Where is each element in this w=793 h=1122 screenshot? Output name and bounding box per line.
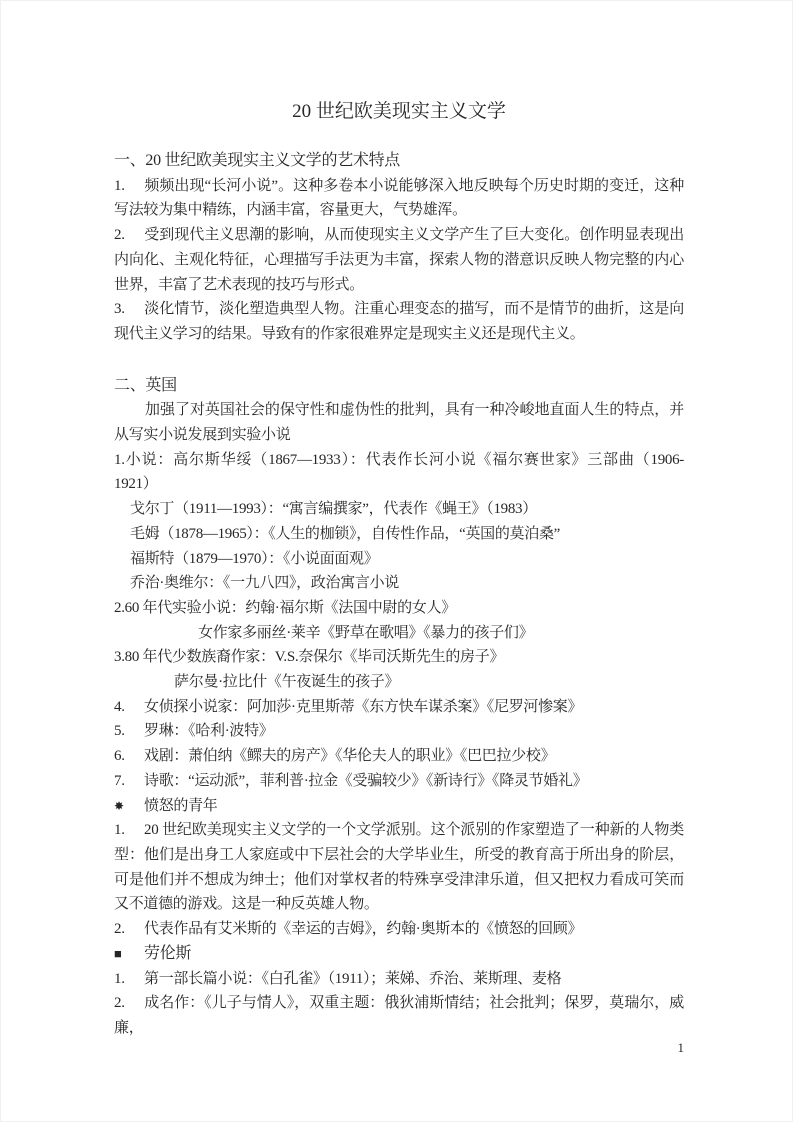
square-bullet-icon: ■ xyxy=(114,942,144,967)
item-text: 诗歌：“运动派”，菲利普·拉金《受骗较少》《新诗行》《降灵节婚礼》 xyxy=(144,773,587,789)
paragraph: 2.60 年代实验小说：约翰·福尔斯《法国中尉的女人》 xyxy=(114,596,684,621)
sub-item: 萨尔曼·拉比什《午夜诞生的孩子》 xyxy=(114,670,684,695)
numbered-item: 7.诗歌：“运动派”，菲利普·拉金《受骗较少》《新诗行》《降灵节婚礼》 xyxy=(114,769,684,794)
paragraph: 1.小说：高尔斯华绥（1867—1933）：代表作长河小说《福尔赛世家》三部曲（… xyxy=(114,448,684,497)
list-marker: 5. xyxy=(114,719,144,744)
numbered-item: 6.戏剧：萧伯纳《鳏夫的房产》《华伦夫人的职业》《巴巴拉少校》 xyxy=(114,744,684,769)
list-marker: 1. xyxy=(114,174,144,199)
list-marker: 2. xyxy=(114,991,144,1016)
star-bullet-item: ✸愤怒的青年 xyxy=(114,794,684,819)
list-marker: 2. xyxy=(114,917,144,942)
section-heading-2: 二、英国 xyxy=(114,374,684,399)
paragraph: 加强了对英国社会的保守性和虚伪性的批判，具有一种冷峻地直面人生的特点，并从写实小… xyxy=(114,398,684,447)
list-marker: 3. xyxy=(114,297,144,322)
list-marker: 1. xyxy=(114,967,144,992)
sub-item: 福斯特（1879—1970）：《小说面面观》 xyxy=(114,547,684,572)
list-marker: 6. xyxy=(114,744,144,769)
item-text: 女侦探小说家：阿加莎·克里斯蒂《东方快车谋杀案》《尼罗河惨案》 xyxy=(144,699,582,715)
item-text: 受到现代主义思潮的影响，从而使现实主义文学产生了巨大变化。创作明显表现出内向化、… xyxy=(114,227,684,292)
list-marker: 7. xyxy=(114,769,144,794)
document-page: 20 世纪欧美现实主义文学 一、20 世纪欧美现实主义文学的艺术特点 1.频频出… xyxy=(0,0,793,1122)
sub-item: 毛姆（1878—1965）：《人生的枷锁》，自传性作品，“英国的莫泊桑” xyxy=(114,522,684,547)
section-heading-1: 一、20 世纪欧美现实主义文学的艺术特点 xyxy=(114,149,684,174)
item-text: 淡化情节，淡化塑造典型人物。注重心理变态的描写，而不是情节的曲折，这是向现代主义… xyxy=(114,301,684,342)
numbered-item: 2.代表作品有艾米斯的《幸运的吉姆》，约翰·奥斯本的《愤怒的回顾》 xyxy=(114,917,684,942)
square-bullet-item: ■劳伦斯 xyxy=(114,942,684,967)
numbered-item: 1.20 世纪欧美现实主义文学的一个文学派别。这个派别的作家塑造了一种新的人物类… xyxy=(114,818,684,917)
item-text: 愤怒的青年 xyxy=(144,798,218,814)
doc-title: 20 世纪欧美现实主义文学 xyxy=(114,98,684,126)
numbered-item: 3.淡化情节，淡化塑造典型人物。注重心理变态的描写，而不是情节的曲折，这是向现代… xyxy=(114,297,684,346)
sub-item: 戈尔丁（1911—1993）：“寓言编撰家”，代表作《蝇王》（1983） xyxy=(114,497,684,522)
list-marker: 4. xyxy=(114,695,144,720)
paragraph: 3.80 年代少数族裔作家：V.S.奈保尔《毕司沃斯先生的房子》 xyxy=(114,645,684,670)
sub-item: 女作家多丽丝·莱辛《野草在歌唱》《暴力的孩子们》 xyxy=(114,621,684,646)
list-marker: 2. xyxy=(114,223,144,248)
item-text: 戏剧：萧伯纳《鳏夫的房产》《华伦夫人的职业》《巴巴拉少校》 xyxy=(144,748,555,764)
numbered-item: 1.频频出现“长河小说”。这种多卷本小说能够深入地反映每个历史时期的变迁，这种写… xyxy=(114,174,684,223)
item-text: 20 世纪欧美现实主义文学的一个文学派别。这个派别的作家塑造了一种新的人物类型：… xyxy=(114,822,684,912)
document-body: 20 世纪欧美现实主义文学 一、20 世纪欧美现实主义文学的艺术特点 1.频频出… xyxy=(114,98,684,1041)
item-text: 频频出现“长河小说”。这种多卷本小说能够深入地反映每个历史时期的变迁，这种写法较… xyxy=(114,178,684,219)
numbered-item: 2.成名作：《儿子与情人》，双重主题：俄狄浦斯情结；社会批判；保罗，莫瑞尔，威廉… xyxy=(114,991,684,1040)
numbered-item: 2.受到现代主义思潮的影响，从而使现实主义文学产生了巨大变化。创作明显表现出内向… xyxy=(114,223,684,297)
list-marker: 1. xyxy=(114,818,144,843)
numbered-item: 1.第一部长篇小说：《白孔雀》（1911）；莱娣、乔治、莱斯理、麦格 xyxy=(114,967,684,992)
item-text: 成名作：《儿子与情人》，双重主题：俄狄浦斯情结；社会批判；保罗，莫瑞尔，威廉， xyxy=(114,995,684,1036)
star-bullet-icon: ✸ xyxy=(114,794,144,819)
item-text: 代表作品有艾米斯的《幸运的吉姆》，约翰·奥斯本的《愤怒的回顾》 xyxy=(144,921,582,937)
numbered-item: 4.女侦探小说家：阿加莎·克里斯蒂《东方快车谋杀案》《尼罗河惨案》 xyxy=(114,695,684,720)
item-text: 第一部长篇小说：《白孔雀》（1911）；莱娣、乔治、莱斯理、麦格 xyxy=(144,971,561,987)
numbered-item: 5.罗琳：《哈利·波特》 xyxy=(114,719,684,744)
item-text: 罗琳：《哈利·波特》 xyxy=(144,723,274,739)
item-text: 劳伦斯 xyxy=(144,945,191,962)
page-number: 1 xyxy=(114,1040,690,1056)
sub-item: 乔治·奥维尔：《一九八四》，政治寓言小说 xyxy=(114,571,684,596)
